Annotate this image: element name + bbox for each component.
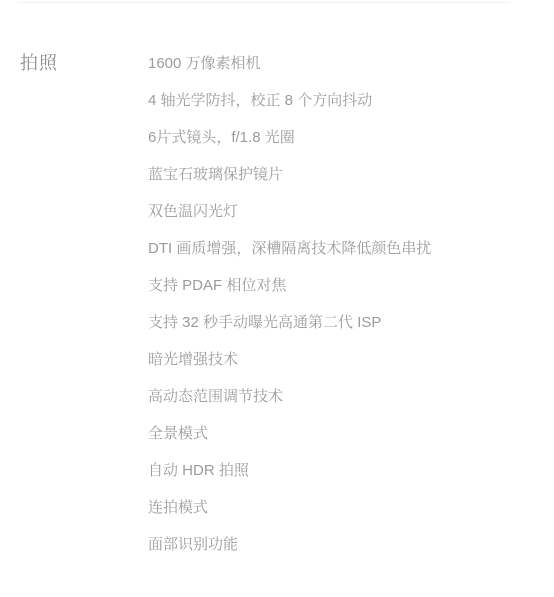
spec-item: 1600 万像素相机 <box>148 45 554 82</box>
spec-label-column: 拍照 <box>0 45 148 563</box>
section-label: 拍照 <box>20 45 148 82</box>
spec-item: 4 轴光学防抖，校正 8 个方向抖动 <box>148 82 554 119</box>
spec-item: 6片式镜头，f/1.8 光圈 <box>148 119 554 156</box>
spec-item: 支持 PDAF 相位对焦 <box>148 267 554 304</box>
spec-item: 双色温闪光灯 <box>148 193 554 230</box>
top-divider <box>18 2 510 3</box>
spec-item: 蓝宝石玻璃保护镜片 <box>148 156 554 193</box>
spec-item: 高动态范围调节技术 <box>148 378 554 415</box>
spec-item: 全景模式 <box>148 415 554 452</box>
spec-item: 面部识别功能 <box>148 526 554 563</box>
camera-spec-section: 拍照 1600 万像素相机 4 轴光学防抖，校正 8 个方向抖动 6片式镜头，f… <box>0 0 554 597</box>
spec-items-column: 1600 万像素相机 4 轴光学防抖，校正 8 个方向抖动 6片式镜头，f/1.… <box>148 45 554 563</box>
spec-item: 暗光增强技术 <box>148 341 554 378</box>
spec-item: 支持 32 秒手动曝光高通第二代 ISP <box>148 304 554 341</box>
spec-item: 连拍模式 <box>148 489 554 526</box>
spec-row: 拍照 1600 万像素相机 4 轴光学防抖，校正 8 个方向抖动 6片式镜头，f… <box>0 0 554 563</box>
spec-item: 自动 HDR 拍照 <box>148 452 554 489</box>
spec-item: DTI 画质增强，深槽隔离技术降低颜色串扰 <box>148 230 554 267</box>
